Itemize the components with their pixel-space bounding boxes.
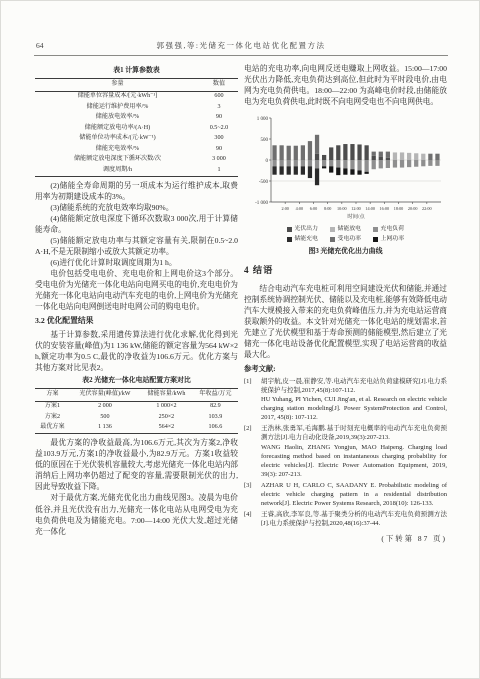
table-cell: 300 <box>200 134 238 145</box>
x-tick-label: 18:00 <box>394 206 404 211</box>
table-row: 储能放电效率/%90 <box>35 113 238 124</box>
reference-text-zh: 胡宇航,皮一晨,崔静安,等.电动汽车充电站负荷建模研究[J].电力系统保护与控制… <box>261 377 447 395</box>
reference-text-en: AZHAR U H, CARLO C, SAADANY E. Probabili… <box>261 481 447 509</box>
paragraph-note-3: (3)储能系统的充放电效率均取90%。 <box>35 202 238 213</box>
bar-segment <box>372 156 376 160</box>
bar-segment <box>386 160 390 168</box>
bar-segment <box>287 167 291 175</box>
reference-marker: [1] <box>244 377 261 423</box>
table-header-cell: 数值 <box>200 78 238 91</box>
bar-segment <box>350 170 354 175</box>
table-row: 储能运行维护费用率/%3 <box>35 102 238 113</box>
x-tick-label: 6:00 <box>310 206 317 211</box>
table-cell: 储能单位功率成本/(元·kW⁻¹) <box>35 134 200 145</box>
table1-caption: 表1 计算参数表 <box>35 66 238 76</box>
bar-segment <box>357 145 361 161</box>
running-title: 郭强强,等:光储充一体化电站优化配置方法 <box>82 40 400 51</box>
bar-segment <box>301 167 305 175</box>
bar-segment <box>287 146 291 160</box>
bar-segment <box>287 160 291 166</box>
bar-segment <box>379 152 383 157</box>
legend-swatch-icon <box>287 227 292 232</box>
bar-segment <box>379 160 383 168</box>
table-cell: 储能额定放电深度下循环次数/次 <box>35 155 200 166</box>
table-cell: 90 <box>200 144 238 155</box>
legend-item: 充电负荷 <box>373 225 404 234</box>
table-cell: 600 <box>200 91 238 102</box>
legend-item: 光伏出力 <box>287 225 318 234</box>
bar-segment <box>280 167 284 175</box>
bar-segment <box>414 160 418 167</box>
header-rule <box>34 55 448 56</box>
table-cell: 储能充电效率/% <box>35 144 200 155</box>
reference-body: AZHAR U H, CARLO C, SAADANY E. Probabili… <box>261 481 447 509</box>
bar-segment <box>407 153 411 160</box>
paragraph-note-5: (5)储能额定放电功率与其额定容量有关,限制在0.5~2.0 A·H,不是无限制… <box>35 235 238 257</box>
continuation-note: (下转第 87 页) <box>244 534 447 545</box>
table-row: 储能额定放电深度下循环次数/次3 000 <box>35 155 238 166</box>
bar-segment <box>400 153 404 161</box>
x-tick-label: 22:00 <box>422 206 432 211</box>
bar-segment <box>350 160 354 169</box>
legend-item: 储能充电 <box>287 235 318 244</box>
reference-item: [4]王睿,高欣,李军良,等.基于聚类分析的电动汽车充电负荷预测方法[J].电力… <box>244 510 447 528</box>
paragraph-note-2: (2)储能全寿命周期的另一项成本为运行维护成本,取费用率为初期建设成本的3%。 <box>35 180 238 202</box>
y-tick-label: -1 000 <box>255 201 268 206</box>
bar-segment <box>336 160 340 168</box>
bar-segment <box>322 160 326 166</box>
table-row: 方案12 0001 000×282.9 <box>35 401 238 412</box>
figure-legend: 光伏出力储能放电充电负荷储能充电受电功率上网功率 <box>244 225 447 243</box>
references-title: 参考文献: <box>244 364 447 375</box>
bar-segment <box>294 167 298 175</box>
bar-segment <box>428 154 432 160</box>
y-tick-label: 1 000 <box>257 117 269 122</box>
column-right: 电站的充电功率,向电网反送电赚取上网收益。15:00—17:00 光伏出力降低,… <box>244 63 447 552</box>
paragraph-conclusion: 结合电动汽车充电桩可利用空间建设光伏和储能,并通过控制系统协调控制光伏、储能以及… <box>244 283 447 361</box>
legend-label: 储能充电 <box>294 235 318 244</box>
x-tick-label: 14:00 <box>365 206 375 211</box>
table-row: 储能充电效率/%90 <box>35 144 238 155</box>
table1: 参量数值储能单位容量成本/[元·kWh⁻¹]600储能运行维护费用率/%3储能放… <box>35 78 238 177</box>
table-cell: 方案1 <box>35 401 70 412</box>
bar-segment <box>329 148 333 161</box>
bar-segment <box>315 169 319 186</box>
x-axis-title: 时间/点 <box>347 212 365 220</box>
table-row: 方案2500250×2103.9 <box>35 412 238 423</box>
table-cell: 106.6 <box>193 423 238 434</box>
x-tick-label: 8:00 <box>324 206 331 211</box>
figure-caption: 图3 光储充优化出力曲线 <box>244 247 447 257</box>
section-heading-3-2: 3.2 优化配置结果 <box>35 315 238 326</box>
table-header-cell: 光伏容量(峰值)/kW <box>70 388 140 401</box>
x-tick-label: 12:00 <box>351 206 361 211</box>
bar-segment <box>435 160 439 166</box>
bar-segment <box>400 160 404 168</box>
legend-label: 上网功率 <box>381 235 405 244</box>
x-tick-label: 2:00 <box>281 206 288 211</box>
x-tick-label: 20:00 <box>408 206 418 211</box>
bar-segment <box>343 144 347 160</box>
y-tick-label: 0 <box>266 159 269 164</box>
table-cell: 最优方案 <box>35 423 70 434</box>
bar-segment <box>272 146 276 161</box>
paragraph-optimization: 基于计算参数,采用遗传算法进行优化求解,优化得到光伏的安装容量(峰值)为1 13… <box>35 329 238 373</box>
x-tick-label: 4:00 <box>296 206 303 211</box>
bar-segment <box>308 160 312 166</box>
table-cell: 储能额定放电功率/(A·H) <box>35 123 200 134</box>
bar-segment <box>336 146 340 161</box>
table-cell: 1 <box>200 165 238 176</box>
paragraph-curve-intro: 对于最优方案,光储充优化出力曲线见图3。凌晨为电价低谷,并且光伏没有出力,光储充… <box>35 492 238 536</box>
bar-segment <box>280 146 284 161</box>
legend-swatch-icon <box>373 227 378 232</box>
y-tick-label: -500 <box>259 180 269 185</box>
table-cell: 0.5~2.0 <box>200 123 238 134</box>
reference-body: 王浩林,张勇军,毛海鹏.基于时刻充电概率的电动汽车充电负荷预测方法[J].电力自… <box>261 424 447 479</box>
bar-segment <box>329 160 333 166</box>
bar-segment <box>301 160 305 166</box>
x-tick-label: 10:00 <box>337 206 347 211</box>
bar-segment <box>272 160 276 166</box>
reference-text-en: WANG Haolin, ZHANG Yongjun, MAO Haipeng.… <box>261 443 447 480</box>
bar-segment <box>365 146 369 161</box>
legend-item: 受电功率 <box>330 235 361 244</box>
table-row: 最优方案1 136564×2106.6 <box>35 423 238 434</box>
bar-segment <box>414 154 418 161</box>
bar-segment <box>357 160 361 171</box>
table-cell: 250×2 <box>140 412 193 423</box>
legend-label: 受电功率 <box>337 235 361 244</box>
legend-item: 上网功率 <box>373 235 404 244</box>
table-cell: 3 000 <box>200 155 238 166</box>
bar-segment <box>365 160 369 172</box>
reference-body: 胡宇航,皮一晨,崔静安,等.电动汽车充电站负荷建模研究[J].电力系统保护与控制… <box>261 377 447 423</box>
table-cell: 103.9 <box>193 412 238 423</box>
table-cell: 储能放电效率/% <box>35 113 200 124</box>
bar-segment <box>379 157 383 160</box>
table-cell: 82.9 <box>193 401 238 412</box>
reference-text-en: HU Yuhang, PI Yichen, CUI Jing'an, et al… <box>261 395 447 423</box>
bar-segment <box>308 141 312 160</box>
page-header: 64 郭强强,等:光储充一体化电站优化配置方法 <box>36 40 446 51</box>
section-heading-4: 4 结语 <box>244 264 447 277</box>
reference-item: [1]胡宇航,皮一晨,崔静安,等.电动汽车充电站负荷建模研究[J].电力系统保护… <box>244 377 447 423</box>
reference-marker: [3] <box>244 481 261 509</box>
bar-segment <box>294 160 298 166</box>
table-header-cell: 年收益/万元 <box>193 388 238 401</box>
legend-swatch-icon <box>287 237 292 242</box>
bar-segment <box>428 160 432 166</box>
table-row: 储能额定放电功率/(A·H)0.5~2.0 <box>35 123 238 134</box>
table-cell: 储能运行维护费用率/% <box>35 102 200 113</box>
bar-segment <box>386 152 390 158</box>
bar-segment <box>407 160 411 167</box>
bar-segment <box>365 172 369 174</box>
table-cell: 3 <box>200 102 238 113</box>
bar-segment <box>421 154 425 160</box>
bar-segment <box>393 153 397 161</box>
table-cell: 1 000×2 <box>140 401 193 412</box>
bar-segment <box>421 160 425 166</box>
table-cell: 1 136 <box>70 423 140 434</box>
y-tick-label: 500 <box>261 138 269 143</box>
table2: 方案光伏容量(峰值)/kW储能容量/kWh年收益/万元方案12 0001 000… <box>35 388 238 434</box>
paragraph-continued: 电站的充电功率,向电网反送电赚取上网收益。15:00—17:00 光伏出力降低,… <box>244 63 447 107</box>
bar-segment <box>393 160 397 168</box>
x-tick-label: 16:00 <box>380 206 390 211</box>
bar-segment <box>372 160 376 169</box>
reference-marker: [4] <box>244 510 261 528</box>
bar-segment <box>308 167 312 179</box>
table-row: 储能单位容量成本/[元·kWh⁻¹]600 <box>35 91 238 102</box>
bar-segment <box>343 160 347 168</box>
bar-segment <box>372 152 376 156</box>
bar-segment <box>301 146 305 161</box>
bar-segment <box>386 158 390 160</box>
reference-item: [3]AZHAR U H, CARLO C, SAADANY E. Probab… <box>244 481 447 509</box>
reference-text-zh: 王睿,高欣,李军良,等.基于聚类分析的电动汽车充电负荷预测方法[J].电力系统保… <box>261 510 447 528</box>
paragraph-comparison: 最优方案的净收益最高,为106.6万元,其次为方案2,净收益103.9万元,方案… <box>35 437 238 492</box>
paragraph-note-4: (4)储能额定放电深度下循环次数取3 000次,用于计算储能寿命。 <box>35 213 238 235</box>
legend-swatch-icon <box>330 237 335 242</box>
table-cell: 调度周期/h <box>35 165 200 176</box>
table2-caption: 表2 光储充一体化电站配置方案对比 <box>35 376 238 386</box>
bar-segment <box>315 160 319 168</box>
bar-segment <box>272 167 276 175</box>
bar-segment <box>315 154 319 160</box>
figure-svg: 1 0005000-500-1 0002:004:006:008:0010:00… <box>244 112 447 224</box>
reference-text-zh: 王浩林,张勇军,毛海鹏.基于时刻充电概率的电动汽车充电负荷预测方法[J].电力自… <box>261 424 447 442</box>
legend-label: 充电负荷 <box>381 225 405 234</box>
bar-segment <box>435 154 439 160</box>
bar-segment <box>357 171 361 175</box>
table-cell: 90 <box>200 113 238 124</box>
bar-segment <box>336 168 340 176</box>
table-header-cell: 参量 <box>35 78 200 91</box>
table-cell: 564×2 <box>140 423 193 434</box>
legend-swatch-icon <box>330 227 335 232</box>
table-header-cell: 储能容量/kWh <box>140 388 193 401</box>
table-header-cell: 方案 <box>35 388 70 401</box>
references-list: [1]胡宇航,皮一晨,崔静安,等.电动汽车充电站负荷建模研究[J].电力系统保护… <box>244 377 447 529</box>
reference-marker: [2] <box>244 424 261 479</box>
legend-label: 光伏出力 <box>294 225 318 234</box>
output-curve-figure: 1 0005000-500-1 0002:004:006:008:0010:00… <box>244 112 447 257</box>
bar-segment <box>350 144 354 160</box>
bar-segment <box>280 160 284 166</box>
legend-item: 储能放电 <box>330 225 361 234</box>
legend-label: 储能放电 <box>337 225 361 234</box>
reference-item: [2]王浩林,张勇军,毛海鹏.基于时刻充电概率的电动汽车充电负荷预测方法[J].… <box>244 424 447 479</box>
legend-swatch-icon <box>373 237 378 242</box>
bar-segment <box>315 135 319 154</box>
bar-segment <box>322 155 326 160</box>
bar-segment <box>294 146 298 160</box>
bar-segment <box>322 167 326 169</box>
paragraph-note-6: (6)进行优化计算时取调度周期为1 h。 <box>35 257 238 268</box>
page-number: 64 <box>36 41 82 50</box>
table-cell: 储能单位容量成本/[元·kWh⁻¹] <box>35 91 200 102</box>
reference-body: 王睿,高欣,李军良,等.基于聚类分析的电动汽车充电负荷预测方法[J].电力系统保… <box>261 510 447 528</box>
table-cell: 2 000 <box>70 401 140 412</box>
paper-page: 64 郭强强,等:光储充一体化电站优化配置方法 表1 计算参数表 参量数值储能单… <box>0 0 480 679</box>
bar-segment <box>329 167 333 173</box>
table-cell: 500 <box>70 412 140 423</box>
table-row: 储能单位功率成本/(元·kW⁻¹)300 <box>35 134 238 145</box>
paragraph-price: 电价包括受电电价、充电电价和上网电价这3个部分。受电电价为光储充一体化电站向电网… <box>35 268 238 312</box>
bar-segment <box>343 169 347 175</box>
column-left: 表1 计算参数表 参量数值储能单位容量成本/[元·kWh⁻¹]600储能运行维护… <box>35 63 238 537</box>
table-cell: 方案2 <box>35 412 70 423</box>
table-row: 调度周期/h1 <box>35 165 238 176</box>
